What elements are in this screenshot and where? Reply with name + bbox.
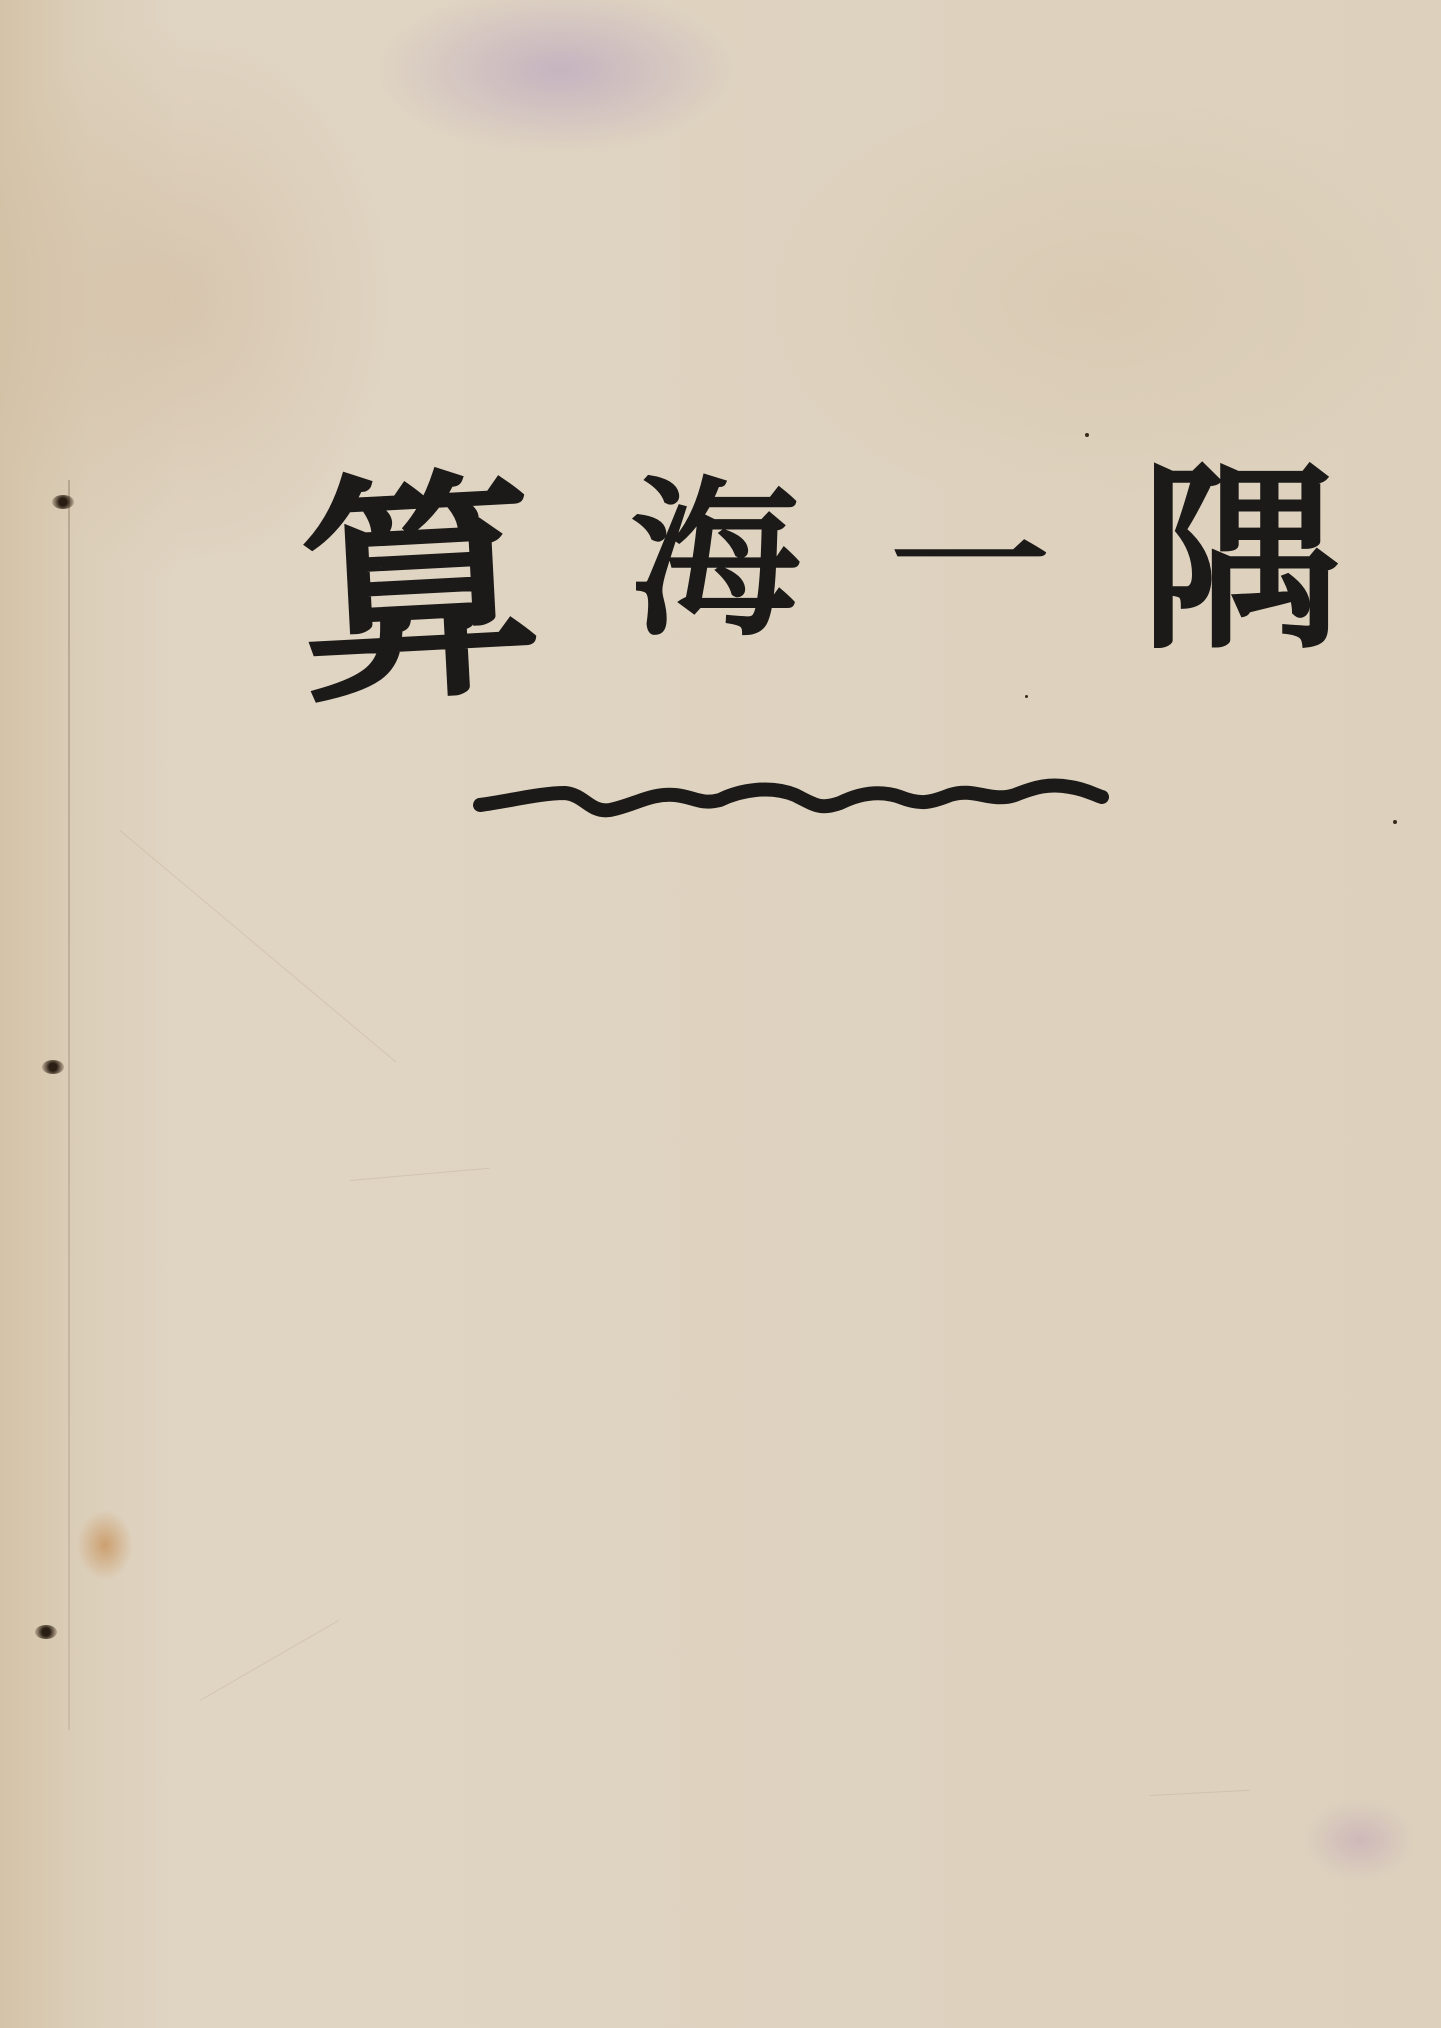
ink-speck (1393, 820, 1397, 824)
title-char-2: 海 (630, 475, 800, 645)
title-char-1: 算 (294, 464, 546, 716)
paper-crease (200, 1620, 339, 1701)
book-cover: 算 海 一 隅 (0, 0, 1441, 2028)
title-char-3: 一 (890, 504, 1050, 616)
paper-crease (120, 830, 396, 1062)
title-char-4: 隅 (1140, 460, 1340, 660)
wavy-underline (470, 765, 1110, 825)
binding-fold-line (68, 480, 70, 1730)
binding-hole (42, 1060, 64, 1074)
cover-title: 算 海 一 隅 (300, 360, 1340, 780)
binding-hole (52, 495, 74, 509)
binding-hole (35, 1625, 57, 1639)
paper-crease (1150, 1790, 1250, 1796)
paper-crease (350, 1168, 490, 1181)
